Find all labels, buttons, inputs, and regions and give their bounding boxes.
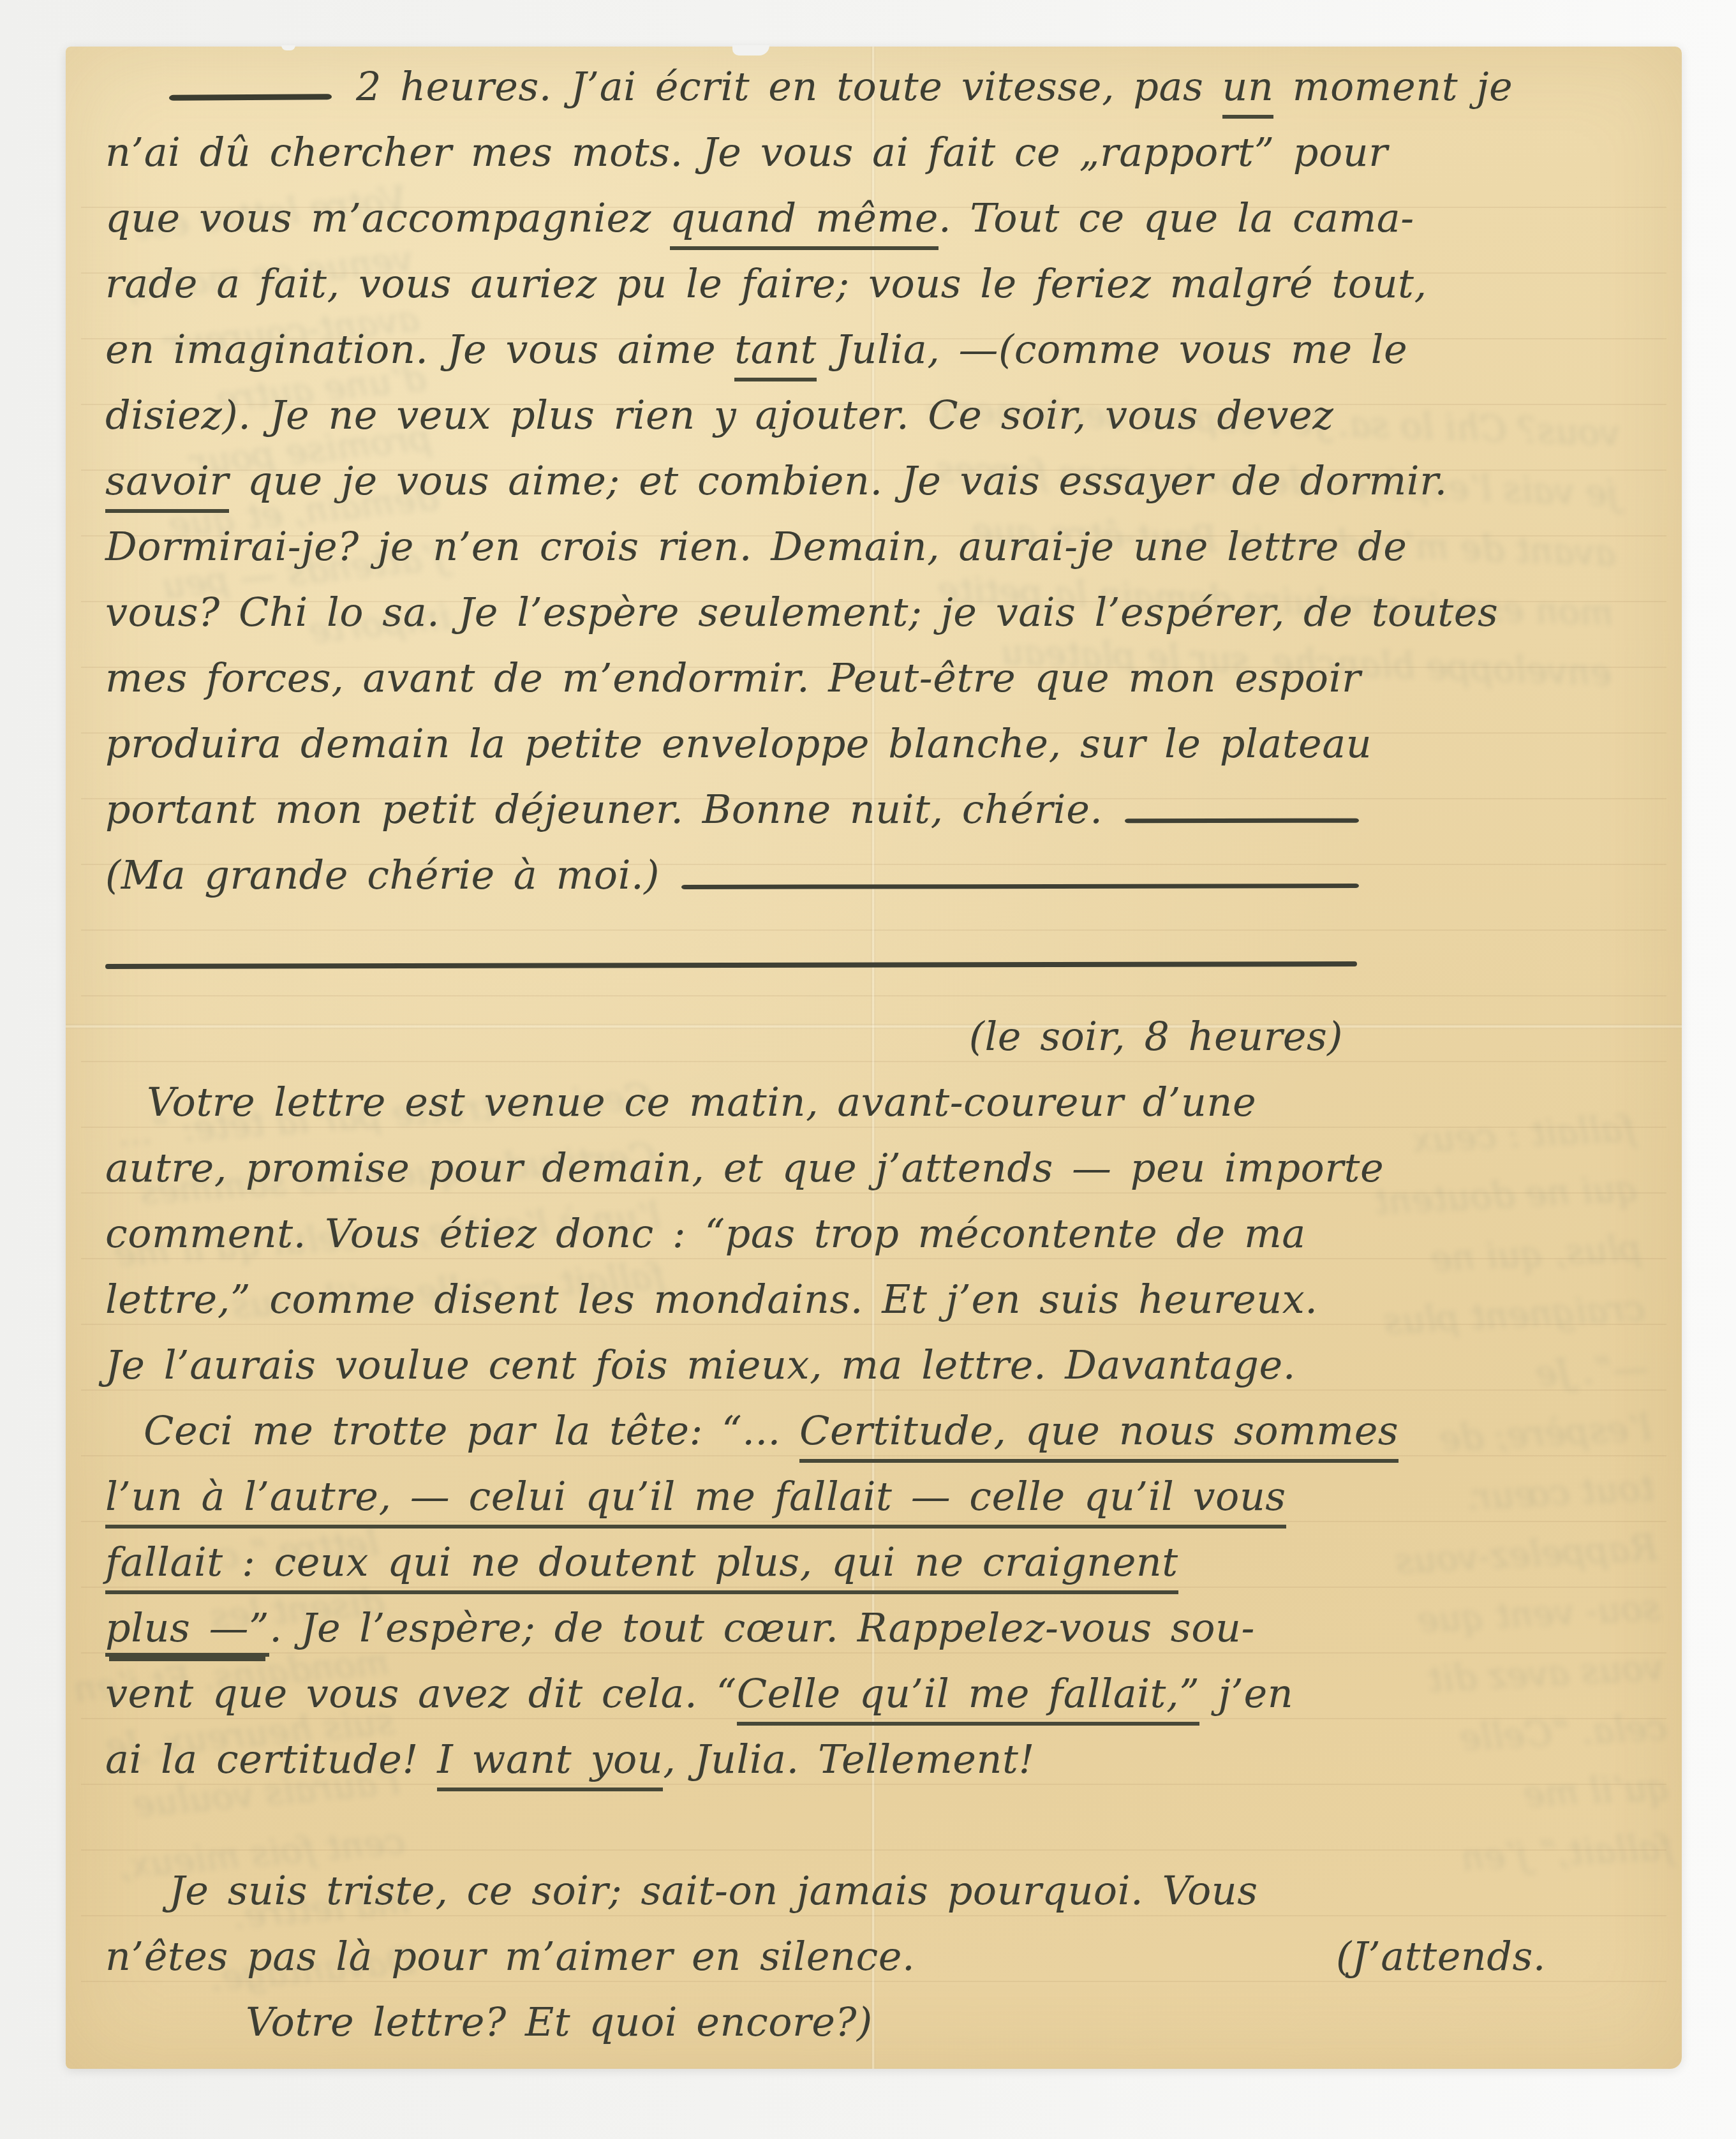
letter-line: l’un à l’autre, — celui qu’il me fallait… [105,1473,1420,1539]
handwritten-text: Votre lettre est venue ce matin, avant-c… [147,1079,1256,1125]
letter-line: Dormirai-je? je n’en crois rien. Demain,… [105,523,1420,589]
letter-line: produira demain la petite enveloppe blan… [105,720,1420,786]
handwritten-text: . Tout ce que la cama- [938,195,1414,241]
underlined-handwritten-text: un [1222,63,1274,119]
ink-separator-line [105,917,1420,1013]
handwritten-text: Julia, —(comme vous me le [817,326,1407,373]
handwritten-text: (J’attends. [1336,1933,1546,1980]
handwritten-text: Je suis triste, ce soir; sait-on jamais … [169,1867,1258,1914]
handwritten-text: Votre lettre? Et quoi encore?) [246,1999,873,2045]
hand-drawn-rule [105,961,1357,969]
letter-line: (Ma grande chérie à moi.) [105,852,1420,917]
handwritten-text: ai la certitude! [105,1736,437,1782]
letter-line: fallait : ceux qui ne doutent plus, qui … [105,1539,1420,1604]
letter-line: Je l’aurais voulue cent fois mieux, ma l… [105,1342,1420,1407]
underlined-handwritten-text: tant [734,326,817,381]
letter-line: disiez). Je ne veux plus rien y ajouter.… [105,392,1420,457]
underlined-handwritten-text: fallait : ceux qui ne doutent plus, qui … [105,1539,1178,1594]
handwritten-text: portant mon petit déjeuner. Bonne nuit, … [105,786,1103,833]
inline-gap [915,1969,1336,1970]
letter-line: plus —”. Je l’espère; de tout cœur. Rapp… [105,1604,1420,1670]
letter-line: que vous m’accompagniez quand même. Tout… [105,195,1420,260]
letter-line: Je suis triste, ce soir; sait-on jamais … [105,1867,1420,1933]
letter-line: Ceci me trotte par la tête: “... Certitu… [105,1407,1420,1473]
underlined-handwritten-text: Certitude, que nous sommes [799,1407,1398,1463]
handwritten-text: moment je [1273,63,1513,110]
underlined-handwritten-text: quand même [670,195,938,250]
letter-line: vent que vous avez dit cela. “Celle qu’i… [105,1670,1420,1736]
handwritten-text: Ceci me trotte par la tête: “... [144,1407,799,1454]
paper-tear-notch [732,45,769,56]
handwritten-text: j’en [1199,1670,1293,1717]
letter-body: 2 heures. J’ai écrit en toute vitesse, p… [105,63,1420,2064]
letter-line: rade a fait, vous auriez pu le faire; vo… [105,260,1420,326]
handwritten-text: lettre,” comme disent les mondains. Et j… [105,1276,1317,1322]
letter-line: autre, promise pour demain, et que j’att… [105,1144,1420,1210]
letter-line: portant mon petit déjeuner. Bonne nuit, … [105,786,1420,852]
letter-line: ai la certitude! I want you, Julia. Tell… [105,1736,1420,1802]
letter-line: 2 heures. J’ai écrit en toute vitesse, p… [105,63,1420,129]
underlined-handwritten-text: Celle qu’il me fallait,” [737,1670,1200,1726]
trailing-dash-stroke [1125,818,1359,824]
letter-line: n’êtes pas là pour m’aimer en silence.(J… [105,1933,1420,1999]
handwritten-text: n’êtes pas là pour m’aimer en silence. [105,1933,915,1980]
letter-line: mes forces, avant de m’endormir. Peut-êt… [105,655,1420,720]
lead-dash-stroke [169,94,332,101]
handwritten-text: n’ai dû chercher mes mots. Je vous ai fa… [105,129,1388,175]
handwritten-text: rade a fait, vous auriez pu le faire; vo… [105,260,1427,307]
handwritten-text: que vous m’accompagniez [105,195,670,241]
handwritten-text: , Julia. Tellement! [663,1736,1035,1782]
handwritten-text: (Ma grande chérie à moi.) [105,852,660,898]
handwritten-text: disiez). Je ne veux plus rien y ajouter.… [105,392,1333,438]
handwritten-text: . Je l’espère; de tout cœur. Rappelez-vo… [269,1604,1255,1651]
handwritten-text: comment. Vous étiez donc : “pas trop méc… [105,1210,1306,1257]
letter-line: savoir que je vous aime; et combien. Je … [105,457,1420,523]
underlined-handwritten-text: savoir [105,457,229,513]
underlined-handwritten-text: l’un à l’autre, — celui qu’il me fallait… [105,1473,1286,1528]
letter-line: n’ai dû chercher mes mots. Je vous ai fa… [105,129,1420,195]
handwritten-text: vous? Chi lo sa. Je l’espère seulement; … [105,589,1498,635]
paragraph-spacer [105,1802,1420,1867]
handwritten-text: mes forces, avant de m’endormir. Peut-êt… [105,655,1361,701]
letter-line: lettre,” comme disent les mondains. Et j… [105,1276,1420,1342]
letter-line: vous? Chi lo sa. Je l’espère seulement; … [105,589,1420,655]
section-heading: (le soir, 8 heures) [105,1013,1420,1079]
underlined-handwritten-text: I want you [437,1736,663,1791]
letter-paper: Votre lettre est venue ce matin, avant-c… [66,47,1682,2069]
handwritten-text: Dormirai-je? je n’en crois rien. Demain,… [105,523,1407,570]
handwritten-text: (le soir, 8 heures) [969,1013,1343,1060]
photo-background: { "page": { "background_color": "#f3f3f1… [0,0,1736,2139]
handwritten-text: que je vous aime; et combien. Je vais es… [229,457,1448,504]
paper-tear-notch [281,45,295,50]
handwritten-text: en imagination. Je vous aime [105,326,734,373]
handwritten-text: produira demain la petite enveloppe blan… [105,720,1372,767]
letter-line: Votre lettre? Et quoi encore?) [105,1999,1420,2064]
letter-line: Votre lettre est venue ce matin, avant-c… [105,1079,1420,1144]
letter-line: en imagination. Je vous aime tant Julia,… [105,326,1420,392]
letter-line: comment. Vous étiez donc : “pas trop méc… [105,1210,1420,1276]
handwritten-text: vent que vous avez dit cela. “ [105,1670,737,1717]
handwritten-text: autre, promise pour demain, et que j’att… [105,1144,1384,1191]
underlined-handwritten-text: plus —” [105,1604,269,1657]
handwritten-text: 2 heures. J’ai écrit en toute vitesse, p… [356,63,1222,110]
handwritten-text: Je l’aurais voulue cent fois mieux, ma l… [105,1342,1296,1388]
trailing-dash-stroke [681,884,1359,889]
